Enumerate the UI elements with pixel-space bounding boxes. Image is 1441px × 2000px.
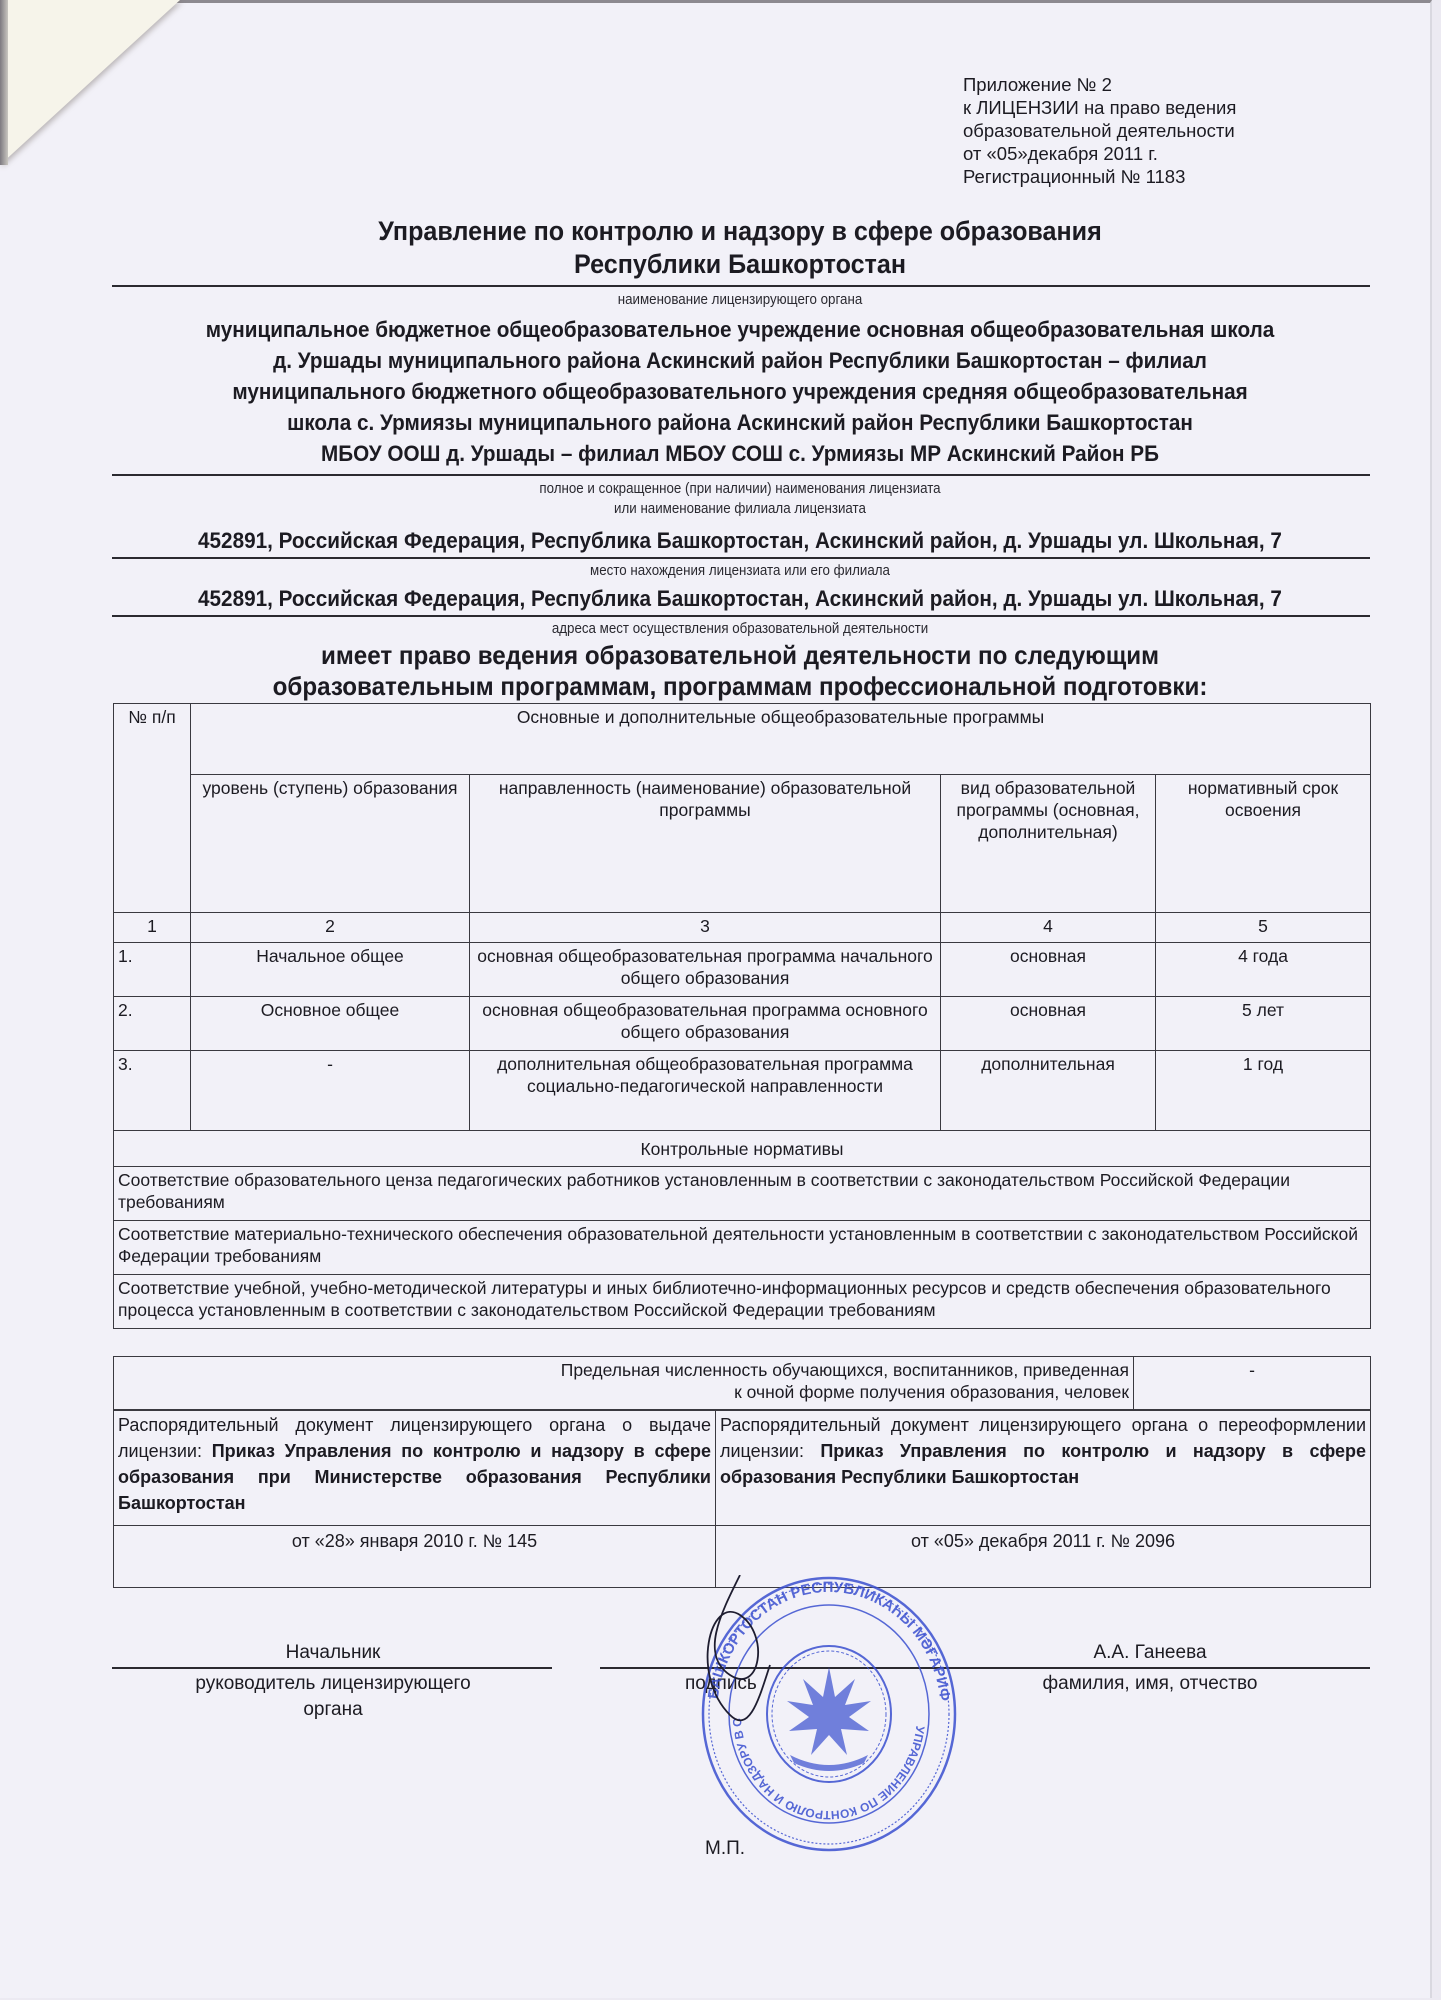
annex-line-2: к ЛИЦЕНЗИИ на право ведения xyxy=(963,96,1236,119)
control-item: Соответствие образовательного ценза педа… xyxy=(114,1167,1371,1221)
row-num: 1. xyxy=(114,943,191,997)
row-level: - xyxy=(191,1051,470,1131)
licensee-line-3: муниципального бюджетного общеобразовате… xyxy=(160,376,1319,407)
annex-line-3: образовательной деятельности xyxy=(963,119,1236,142)
table-row: 1. Начальное общее основная общеобразова… xyxy=(114,943,1371,997)
licensee-line-5: МБОУ ООШ д. Уршады – филиал МБОУ СОШ с. … xyxy=(160,438,1319,469)
col-header-kind: вид образовательной программы (основная,… xyxy=(941,775,1156,913)
annex-line-4: от «05»декабря 2011 г. xyxy=(963,142,1236,165)
row-direction: основная общеобразовательная программа н… xyxy=(470,943,941,997)
activity-address: 452891, Российская Федерация, Республика… xyxy=(160,583,1319,614)
authority-title: Управление по контролю и надзору в сфере… xyxy=(154,215,1326,281)
row-direction: основная общеобразовательная программа о… xyxy=(470,997,941,1051)
licensee-location: 452891, Российская Федерация, Республика… xyxy=(160,525,1319,556)
table-row: 2. Основное общее основная общеобразоват… xyxy=(114,997,1371,1051)
licensee-name: муниципальное бюджетное общеобразователь… xyxy=(160,314,1319,469)
licensee-caption: полное и сокращенное (при наличии) наиме… xyxy=(160,479,1319,519)
student-limit-table: Предельная численность обучающихся, восп… xyxy=(113,1356,1371,1411)
licensee-line-1: муниципальное бюджетное общеобразователь… xyxy=(160,314,1319,345)
authority-caption: наименование лицензирующего органа xyxy=(160,290,1319,310)
col-header-direction: направленность (наименование) образовате… xyxy=(470,775,941,913)
group-header: Основные и дополнительные общеобразовате… xyxy=(191,704,1371,775)
row-level: Основное общее xyxy=(191,997,470,1051)
rights-heading: имеет право ведения образовательной деят… xyxy=(154,640,1326,702)
divider xyxy=(112,474,1370,476)
row-term: 4 года xyxy=(1156,943,1371,997)
divider xyxy=(112,557,1370,559)
licensee-line-2: д. Уршады муниципального района Аскински… xyxy=(160,345,1319,376)
licensee-caption-1: полное и сокращенное (при наличии) наиме… xyxy=(160,479,1319,499)
signatory-position: Начальник xyxy=(113,1640,553,1666)
divider xyxy=(112,285,1370,287)
rights-line-1: имеет право ведения образовательной деят… xyxy=(154,640,1326,671)
col-number: 1 xyxy=(114,913,191,943)
folded-corner xyxy=(0,0,180,165)
col-number: 4 xyxy=(941,913,1156,943)
annex-header: Приложение № 2 к ЛИЦЕНЗИИ на право веден… xyxy=(963,73,1236,188)
activity-address-caption: адреса мест осуществления образовательно… xyxy=(160,619,1319,639)
column-numbers-row: 1 2 3 4 5 xyxy=(114,913,1371,943)
name-caption: фамилия, имя, отчество xyxy=(1000,1671,1300,1697)
location-caption: место нахождения лицензиата или его фили… xyxy=(160,561,1319,581)
authority-line-1: Управление по контролю и надзору в сфере… xyxy=(154,215,1326,248)
student-limit-label: Предельная численность обучающихся, восп… xyxy=(114,1357,1134,1411)
table-row: 3. - дополнительная общеобразовательная … xyxy=(114,1051,1371,1131)
col-number: 5 xyxy=(1156,913,1371,943)
licensee-caption-2: или наименование филиала лицензиата xyxy=(160,499,1319,519)
row-kind: основная xyxy=(941,943,1156,997)
row-kind: дополнительная xyxy=(941,1051,1156,1131)
orders-table: Распорядительный документ лицензирующего… xyxy=(113,1409,1371,1588)
licensee-line-4: школа с. Урмиязы муниципального района А… xyxy=(160,407,1319,438)
signature-line xyxy=(112,1667,552,1669)
col-number: 2 xyxy=(191,913,470,943)
divider xyxy=(112,615,1370,617)
authority-line-2: Республики Башкортостан xyxy=(154,248,1326,281)
col-number: 3 xyxy=(470,913,941,943)
control-item: Соответствие материально-технического об… xyxy=(114,1221,1371,1275)
reissue-order: Распорядительный документ лицензирующего… xyxy=(716,1410,1371,1526)
issue-order-date: от «28» января 2010 г. № 145 xyxy=(114,1526,716,1588)
num-header: № п/п xyxy=(114,704,191,913)
row-term: 1 год xyxy=(1156,1051,1371,1131)
rights-line-2: образовательным программам, программам п… xyxy=(154,671,1326,702)
official-seal: БАШКОРТОСТАН РЕСПУБЛИКАҺЫ МӘҒАРИФ УПРАВЛ… xyxy=(700,1575,958,1853)
programs-table: № п/п Основные и дополнительные общеобра… xyxy=(113,703,1371,1329)
scan-edge xyxy=(0,0,8,165)
row-kind: основная xyxy=(941,997,1156,1051)
control-item: Соответствие учебной, учебно-методическо… xyxy=(114,1275,1371,1329)
row-level: Начальное общее xyxy=(191,943,470,997)
annex-line-1: Приложение № 2 xyxy=(963,73,1236,96)
row-num: 2. xyxy=(114,997,191,1051)
col-header-term: нормативный срок освоения xyxy=(1156,775,1371,913)
control-header: Контрольные нормативы xyxy=(114,1131,1371,1167)
row-term: 5 лет xyxy=(1156,997,1371,1051)
student-limit-value: - xyxy=(1134,1357,1371,1411)
annex-line-5: Регистрационный № 1183 xyxy=(963,165,1236,188)
col-header-level: уровень (ступень) образования xyxy=(191,775,470,913)
signatory-name: А.А. Ганеева xyxy=(1000,1640,1300,1666)
row-num: 3. xyxy=(114,1051,191,1131)
row-direction: дополнительная общеобразовательная прогр… xyxy=(470,1051,941,1131)
issue-order: Распорядительный документ лицензирующего… xyxy=(114,1410,716,1526)
position-caption: руководитель лицензирующего органа xyxy=(113,1671,553,1723)
